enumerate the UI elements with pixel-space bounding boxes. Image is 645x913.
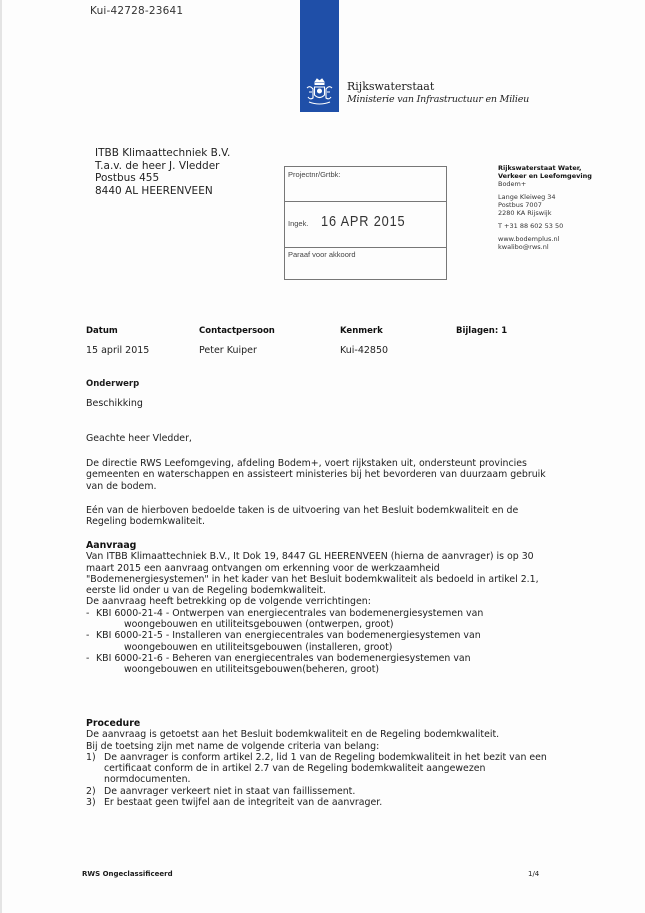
page-number: 1/4	[528, 870, 539, 878]
item-line1: Beheren van energiecentrales van bodemen…	[172, 653, 470, 664]
organization-name: Rijkswaterstaat	[347, 80, 529, 93]
recipient-address: ITBB Klimaattechniek B.V. T.a.v. de heer…	[95, 147, 230, 197]
received-stamp: Projectnr/Grtbk: Ingek. 16 APR 2015 Para…	[284, 166, 447, 280]
procedure-heading: Procedure	[86, 718, 556, 729]
recipient-line: Postbus 455	[95, 172, 230, 185]
subject-value: Beschikking	[86, 398, 143, 409]
item-line2: woongebouwen en utiliteitsgebouwen (ontw…	[124, 619, 394, 630]
contact-value: Peter Kuiper	[199, 345, 275, 356]
sender-website[interactable]: www.bodemplus.nl	[498, 235, 592, 243]
list-item: - KBI 6000-21-5 - Installeren van energi…	[86, 630, 556, 653]
sender-city: 2280 KA Rijswijk	[498, 209, 592, 217]
stamp-received-date: 16 APR 2015	[321, 213, 405, 230]
sender-postbus: Postbus 7007	[498, 201, 592, 209]
stamp-received-field: Ingek. 16 APR 2015	[285, 201, 446, 248]
recipient-line: T.a.v. de heer J. Vledder	[95, 160, 230, 173]
criteria-item: 2) De aanvrager verkeert niet in staat v…	[86, 786, 556, 797]
kenmerk-value: Kui-42850	[340, 345, 388, 356]
recipient-line: ITBB Klimaattechniek B.V.	[95, 147, 230, 160]
item-code: KBI 6000-21-5	[96, 630, 163, 641]
sender-phone: T +31 88 602 53 50	[498, 222, 592, 230]
document-reference: Kui-42728-23641	[90, 5, 183, 17]
logo-text: Rijkswaterstaat Ministerie van Infrastru…	[347, 80, 529, 106]
sender-street: Lange Kleiweg 34	[498, 193, 592, 201]
royal-coat-of-arms-icon	[303, 76, 336, 108]
meta-bijlagen: Bijlagen: 1	[456, 326, 507, 336]
meta-kenmerk: Kenmerk Kui-42850	[340, 326, 388, 356]
criteria-text: Er bestaat geen twijfel aan de integrite…	[104, 797, 382, 808]
aanvraag-list-intro: De aanvraag heeft betrekking op de volge…	[86, 596, 556, 607]
list-item: - KBI 6000-21-6 - Beheren van energiecen…	[86, 653, 556, 676]
meta-datum: Datum 15 april 2015	[86, 326, 149, 356]
procedure-section: Procedure De aanvraag is getoetst aan he…	[86, 718, 556, 808]
criteria-item: 3) Er bestaat geen twijfel aan de integr…	[86, 797, 556, 808]
subject-block: Onderwerp Beschikking	[86, 379, 143, 409]
criteria-num: 2)	[86, 786, 96, 797]
contact-label: Contactpersoon	[199, 326, 275, 336]
subject-label: Onderwerp	[86, 379, 143, 389]
stamp-received-label: Ingek.	[288, 219, 308, 228]
procedure-text: Bij de toetsing zijn met name de volgend…	[86, 741, 556, 752]
aanvraag-heading: Aanvraag	[86, 540, 556, 551]
procedure-text: De aanvraag is getoetst aan het Besluit …	[86, 729, 556, 740]
datum-value: 15 april 2015	[86, 345, 149, 356]
sender-department: Bodem+	[498, 180, 592, 188]
sender-name: Rijkswaterstaat Water,	[498, 164, 592, 172]
criteria-num: 1)	[86, 752, 96, 763]
kenmerk-label: Kenmerk	[340, 326, 388, 336]
item-line1: Ontwerpen van energiecentrales van bodem…	[172, 608, 483, 619]
bijlagen-label: Bijlagen: 1	[456, 326, 507, 336]
stamp-approval-field: Paraaf voor akkoord	[285, 247, 446, 278]
item-code: KBI 6000-21-4	[96, 608, 163, 619]
page-edge	[0, 0, 2, 913]
criteria-text: De aanvrager is conform artikel 2.2, lid…	[104, 752, 547, 786]
aanvraag-section: Aanvraag Van ITBB Klimaattechniek B.V., …	[86, 540, 556, 676]
sender-name: Verkeer en Leefomgeving	[498, 172, 592, 180]
stamp-project-field: Projectnr/Grtbk:	[285, 167, 446, 202]
recipient-line: 8440 AL HEERENVEEN	[95, 185, 230, 198]
stamp-approval-label: Paraaf voor akkoord	[288, 250, 356, 259]
classification-label: RWS Ongeclassificeerd	[82, 870, 173, 878]
intro-paragraph: De directie RWS Leefomgeving, afdeling B…	[86, 458, 556, 492]
meta-contact: Contactpersoon Peter Kuiper	[199, 326, 275, 356]
item-line1: Installeren van energiecentrales van bod…	[172, 630, 480, 641]
item-line2: woongebouwen en utiliteitsgebouwen(beher…	[124, 664, 379, 675]
sender-block: Rijkswaterstaat Water, Verkeer en Leefom…	[498, 164, 592, 251]
criteria-text: De aanvrager verkeert niet in staat van …	[104, 786, 355, 797]
sender-email[interactable]: kwalibo@rws.nl	[498, 243, 592, 251]
item-line2: woongebouwen en utiliteitsgebouwen (inst…	[124, 642, 392, 653]
aanvraag-text: Van ITBB Klimaattechniek B.V., It Dok 19…	[86, 551, 556, 596]
item-code: KBI 6000-21-6	[96, 653, 163, 664]
criteria-item: 1) De aanvrager is conform artikel 2.2, …	[86, 752, 556, 786]
ministry-name: Ministerie van Infrastructuur en Milieu	[347, 93, 529, 106]
stamp-project-label: Projectnr/Grtbk:	[288, 170, 341, 179]
list-item: - KBI 6000-21-4 - Ontwerpen van energiec…	[86, 608, 556, 631]
datum-label: Datum	[86, 326, 149, 336]
intro-paragraph-2: Eén van de hierboven bedoelde taken is d…	[86, 505, 556, 528]
salutation: Geachte heer Vledder,	[86, 433, 556, 444]
criteria-num: 3)	[86, 797, 96, 808]
